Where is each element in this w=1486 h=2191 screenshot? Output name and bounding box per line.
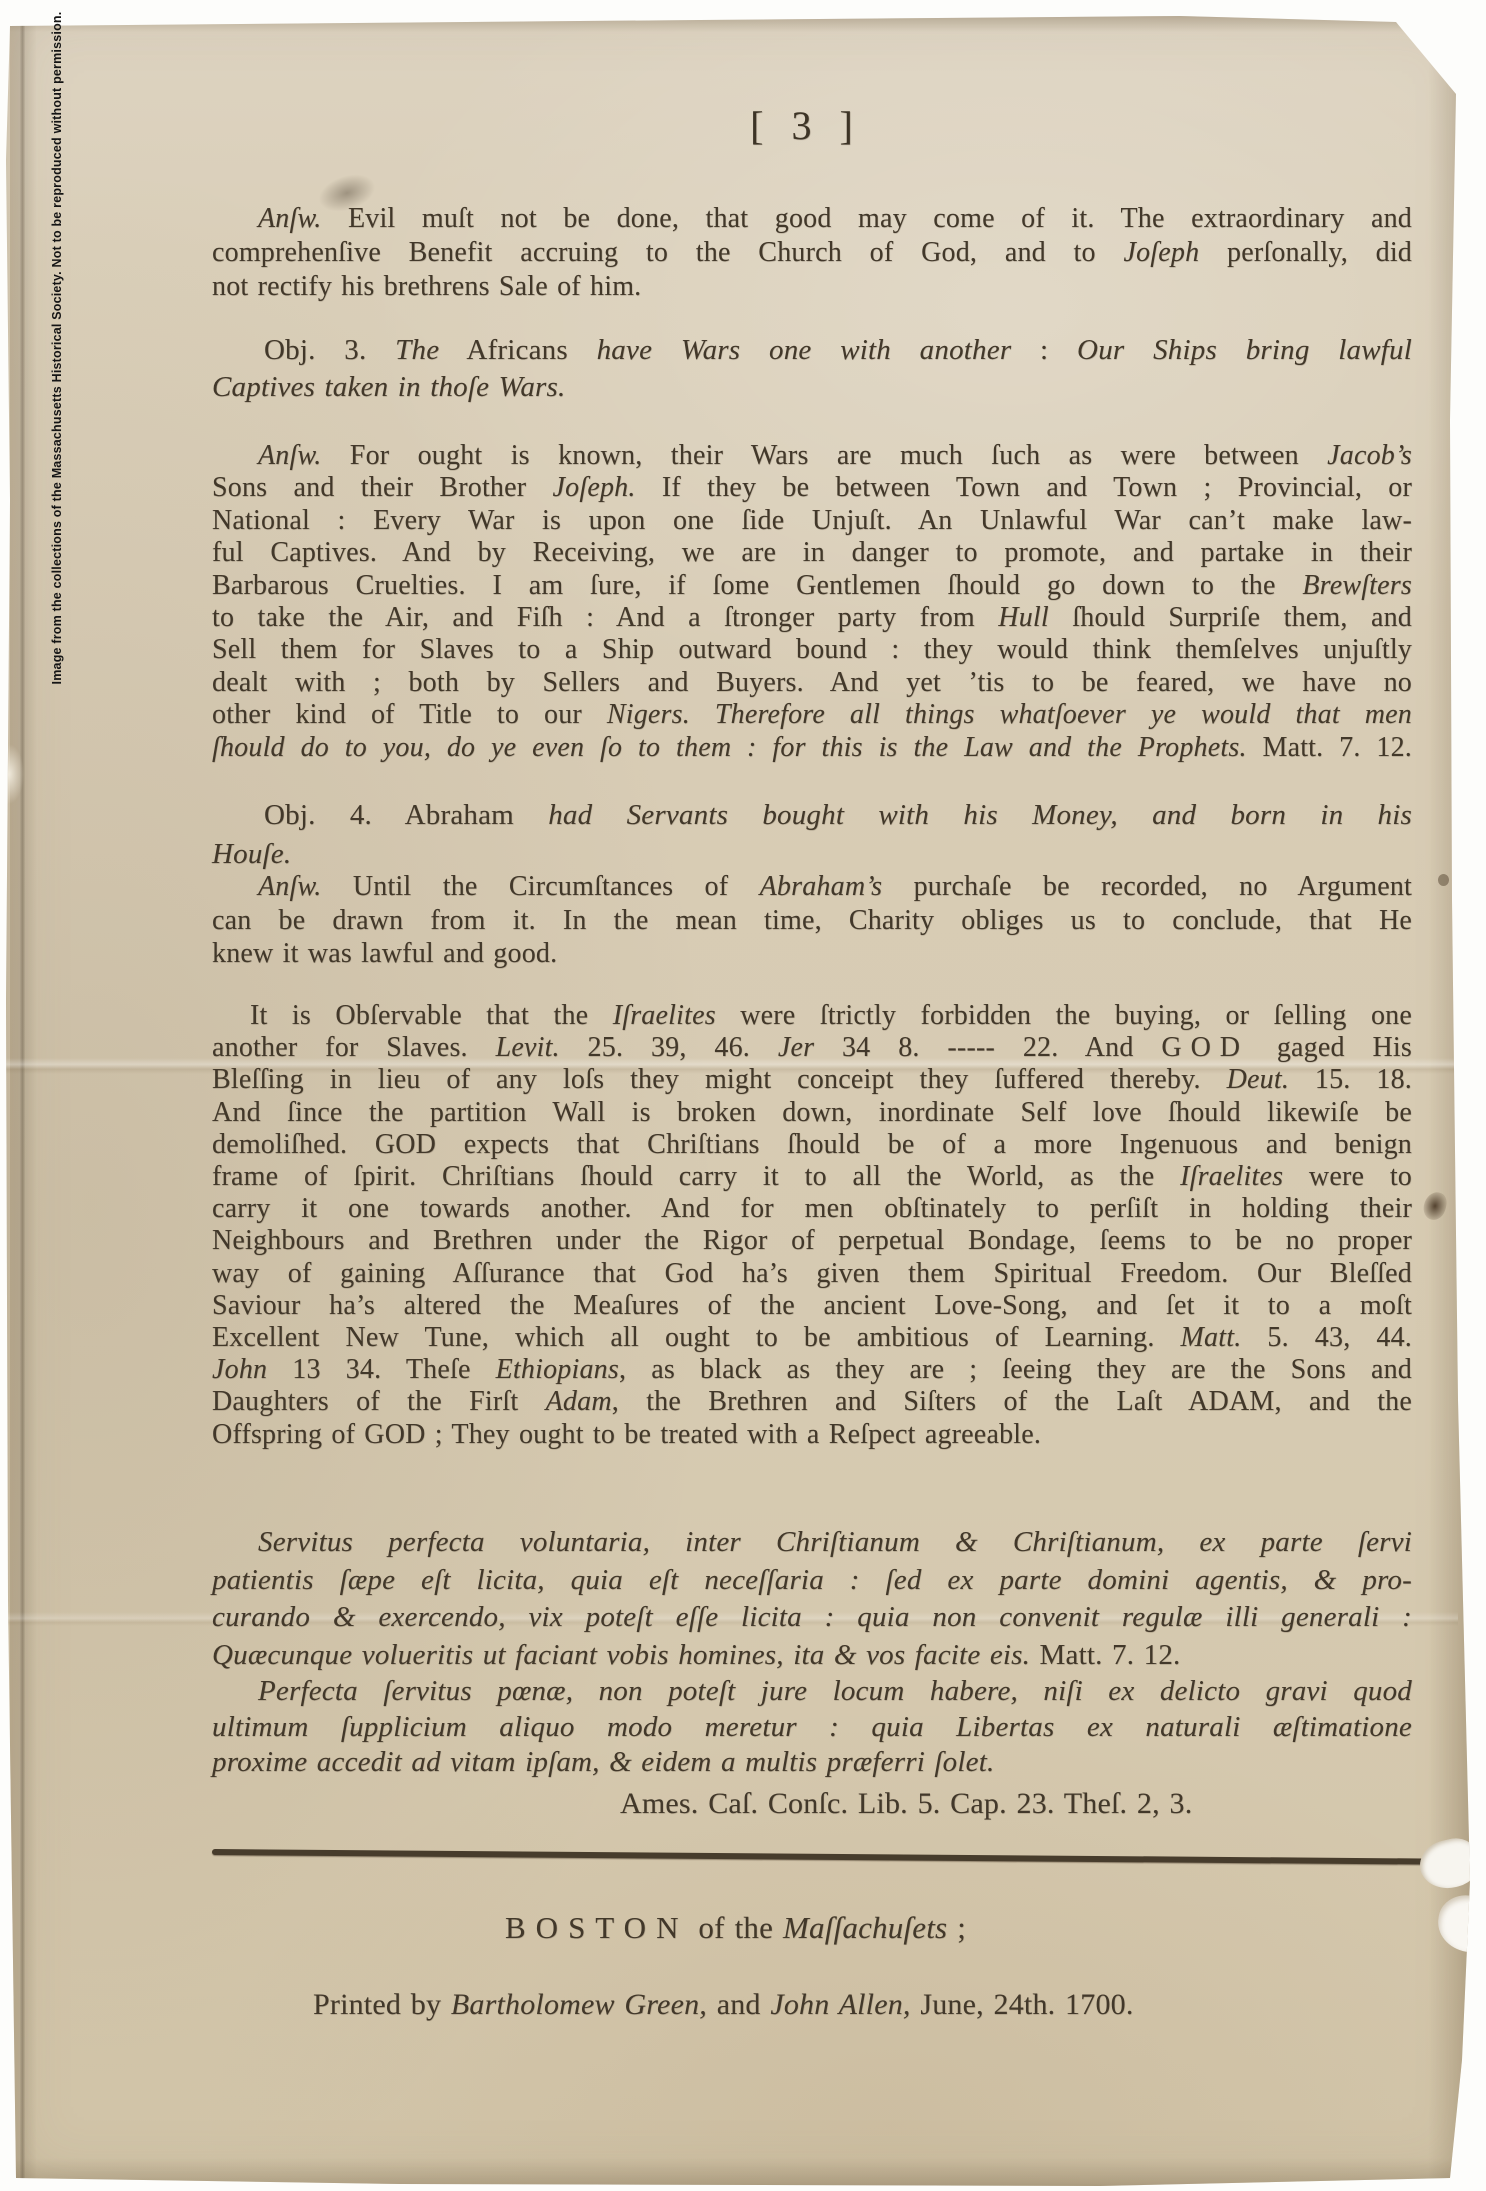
page-number: [ 3 ] <box>706 102 906 149</box>
scan-background: [ 3 ] Anſw. Evil muſt not be done, that … <box>0 0 1486 2191</box>
text-line: Anſw. Evil muſt not be done, that good m… <box>212 202 1412 236</box>
paper-chip <box>1415 1834 1483 1895</box>
text-line: Excellent New Tune, which all ought to b… <box>212 1322 1412 1354</box>
text-line: to take the Air, and Fiſh : And a ſtrong… <box>212 602 1412 634</box>
text-line: carry it one towards another. And for me… <box>212 1193 1412 1225</box>
text-line: National : Every War is upon one ſide Un… <box>212 505 1412 537</box>
text-line: Saviour ha’s altered the Meaſures of the… <box>212 1290 1412 1322</box>
text-line: not rectify his brethrens Sale of him. <box>212 270 1412 304</box>
text-line: Anſw. For ought is known, their Wars are… <box>212 440 1412 472</box>
text-line: John 13 34. Theſe Ethiopians, as black a… <box>212 1354 1412 1386</box>
text-line: patientis ſæpe eſt licita, quia eſt nece… <box>212 1562 1412 1600</box>
watermark-text: Image from the collections of the Massac… <box>50 12 64 685</box>
text-line: Quæcunque volueritis ut faciant vobis ho… <box>212 1637 1412 1675</box>
text-line: Sell them for Slaves to a Ship outward b… <box>212 634 1412 666</box>
text-line: curando & exercendo, vix poteſt eſſe lic… <box>212 1599 1412 1637</box>
text-line: Houſe. <box>212 835 1412 874</box>
paper-edge-bottom <box>8 2158 1456 2188</box>
text-line: It is Obſervable that the Iſraelites wer… <box>212 1000 1412 1032</box>
text-line: Obj. 3. The Africans have Wars one with … <box>212 332 1412 369</box>
text-line: Servitus perfecta voluntaria, inter Chri… <box>212 1524 1412 1562</box>
text-line: Offspring of GOD ; They ought to be trea… <box>212 1419 1412 1451</box>
text-line: proxime accedit ad vitam ipſam, & eidem … <box>212 1745 1412 1781</box>
paper-edge-top <box>8 16 1458 32</box>
text-line: Neighbours and Brethren under the Rigor … <box>212 1225 1412 1257</box>
text-line: Sons and their Brother Joſeph. If they b… <box>212 472 1412 504</box>
document-page: [ 3 ] Anſw. Evil muſt not be done, that … <box>0 0 1486 2191</box>
text-line: Perfecta ſervitus pœnæ, non poteſt jure … <box>212 1674 1412 1710</box>
para-objection-4: Obj. 4. Abraham had Servants bought with… <box>212 796 1412 874</box>
para-latin-perfecta: Perfecta ſervitus pœnæ, non poteſt jure … <box>212 1674 1412 1781</box>
text-line: ful Captives. And by Receiving, we are i… <box>212 537 1412 569</box>
text-line: other kind of Title to our Nigers. There… <box>212 699 1412 731</box>
text-line: ultimum ſupplicium aliquo modo meretur :… <box>212 1710 1412 1746</box>
para-observable: It is Obſervable that the Iſraelites wer… <box>212 1000 1412 1451</box>
para-objection-3: Obj. 3. The Africans have Wars one with … <box>212 332 1412 406</box>
ink-fleck <box>1438 874 1449 886</box>
text-line: another for Slaves. Levit. 25. 39, 46. J… <box>212 1032 1412 1064</box>
text-line: can be drawn from it. In the mean time, … <box>212 904 1412 938</box>
text-line: comprehenſive Benefit accruing to the Ch… <box>212 236 1412 270</box>
para-latin-servitus: Servitus perfecta voluntaria, inter Chri… <box>212 1524 1412 1674</box>
text-line: dealt with ; both by Sellers and Buyers.… <box>212 667 1412 699</box>
para-answ-until: Anſw. Until the Circumſtances of Abraham… <box>212 870 1412 971</box>
colophon-printer-line: Printed by Bartholomew Green, and John A… <box>313 1986 1134 2024</box>
text-line: Daughters of the Firſt Adam, the Brethre… <box>212 1386 1412 1418</box>
text-line: Anſw. Until the Circumſtances of Abraham… <box>212 870 1412 904</box>
divider-rule <box>212 1849 1452 1865</box>
para-answ-for-ought: Anſw. For ought is known, their Wars are… <box>212 440 1412 764</box>
text-line: BOSTON of the Maſſachuſets ; <box>505 1908 966 1948</box>
text-line: Barbarous Cruelties. I am ſure, if ſome … <box>212 570 1412 602</box>
text-line: Ames. Caſ. Conſc. Lib. 5. Cap. 23. Theſ.… <box>620 1786 1192 1822</box>
text-line: Bleſſing in lieu of any loſs they might … <box>212 1064 1412 1096</box>
text-line: ſhould do to you, do ye even ſo to them … <box>212 732 1412 764</box>
colophon-place-line: BOSTON of the Maſſachuſets ; <box>505 1908 966 1948</box>
text-line: Captives taken in thoſe Wars. <box>212 369 1412 406</box>
text-line: Printed by Bartholomew Green, and John A… <box>313 1986 1134 2024</box>
text-line: And ſince the partition Wall is broken d… <box>212 1097 1412 1129</box>
text-line: knew it was lawful and good. <box>212 937 1412 971</box>
text-line: demoliſhed. GOD expects that Chriſtians … <box>212 1129 1412 1161</box>
text-line: way of gaining Aſſurance that God ha’s g… <box>212 1258 1412 1290</box>
para-answ-evil: Anſw. Evil muſt not be done, that good m… <box>212 202 1412 304</box>
text-line: Obj. 4. Abraham had Servants bought with… <box>212 796 1412 835</box>
text-line: frame of ſpirit. Chriſtians ſhould carry… <box>212 1161 1412 1193</box>
binding-crease <box>20 20 25 2184</box>
citation-ames: Ames. Caſ. Conſc. Lib. 5. Cap. 23. Theſ.… <box>620 1786 1192 1822</box>
